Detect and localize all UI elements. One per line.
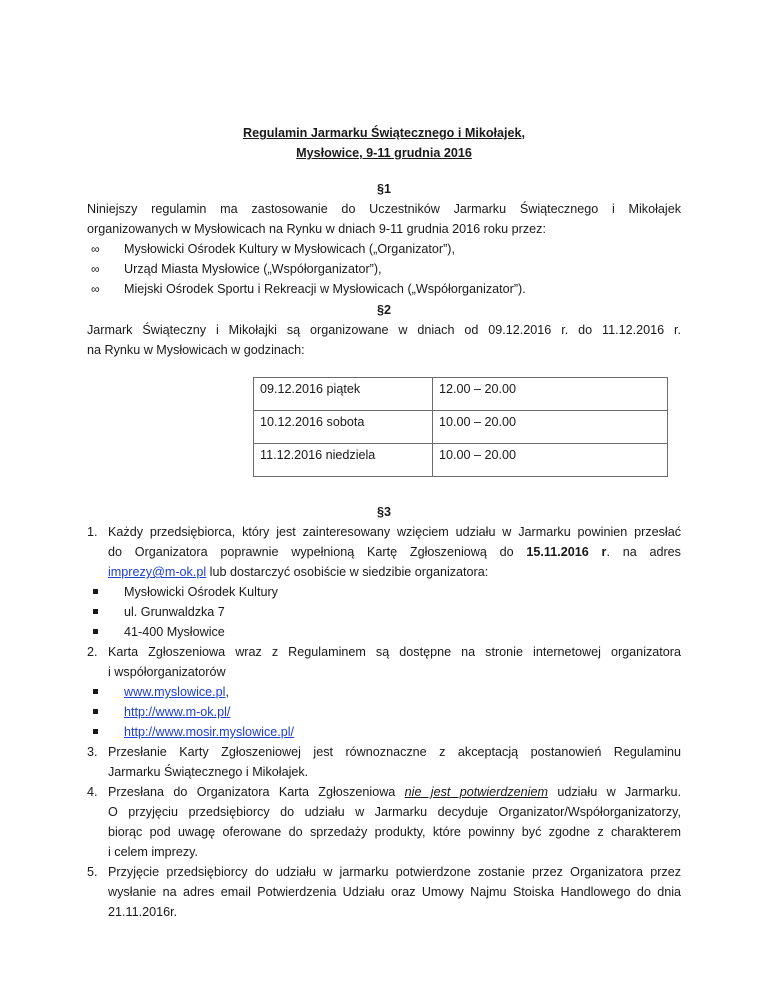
emphasis-text: nie jest potwierdzeniem xyxy=(405,785,548,799)
website-link-mosir[interactable]: http://www.mosir.myslowice.pl/ xyxy=(124,725,294,739)
address-item: 41-400 Mysłowice xyxy=(87,622,681,642)
section-1-intro-line-1: Niniejszy regulamin ma zastosowanie do U… xyxy=(87,199,681,219)
section-2-text: Jarmark Świąteczny i Mikołajki są organi… xyxy=(87,320,681,360)
section-3-mark: §3 xyxy=(0,505,768,519)
schedule-table: 09.12.2016 piątek 12.00 – 20.00 10.12.20… xyxy=(253,377,668,477)
schedule-hours: 12.00 – 20.00 xyxy=(433,378,668,411)
square-bullet-icon xyxy=(93,589,98,594)
section-1-mark: §1 xyxy=(0,182,768,196)
schedule-day: 09.12.2016 piątek xyxy=(254,378,433,411)
section-2-line-1: Jarmark Świąteczny i Mikołajki są organi… xyxy=(87,320,681,340)
section-2-line-2: na Rynku w Mysłowicach w godzinach: xyxy=(87,340,681,360)
infinity-bullet-icon: ∞ xyxy=(91,279,100,299)
square-bullet-icon xyxy=(93,629,98,634)
organizer-item: ∞ Miejski Ośrodek Sportu i Rekreacji w M… xyxy=(87,279,687,299)
section-3-list: 1. Każdy przedsiębiorca, który jest zain… xyxy=(87,522,681,922)
organizers-list: ∞ Mysłowicki Ośrodek Kultury w Mysłowica… xyxy=(87,239,687,299)
address-item: Mysłowicki Ośrodek Kultury xyxy=(87,582,681,602)
website-item: http://www.mosir.myslowice.pl/ xyxy=(87,722,681,742)
schedule-day: 11.12.2016 niedziela xyxy=(254,444,433,477)
website-link-myslowice[interactable]: www.myslowice.pl xyxy=(124,685,225,699)
title-line-1: Regulamin Jarmarku Świątecznego i Mikoła… xyxy=(243,126,525,140)
schedule-day: 10.12.2016 sobota xyxy=(254,411,433,444)
document-title: Regulamin Jarmarku Świątecznego i Mikoła… xyxy=(0,123,768,163)
website-item: www.myslowice.pl, xyxy=(87,682,681,702)
schedule-hours: 10.00 – 20.00 xyxy=(433,444,668,477)
list-item-3: 3. Przesłanie Karty Zgłoszeniowej jest r… xyxy=(87,742,681,782)
square-bullet-icon xyxy=(93,709,98,714)
list-item-4: 4. Przesłana do Organizatora Karta Zgłos… xyxy=(87,782,681,862)
table-row: 09.12.2016 piątek 12.00 – 20.00 xyxy=(254,378,668,411)
list-item-2: 2. Karta Zgłoszeniowa wraz z Regulaminem… xyxy=(87,642,681,682)
square-bullet-icon xyxy=(93,689,98,694)
organizer-item: ∞ Mysłowicki Ośrodek Kultury w Mysłowica… xyxy=(87,239,687,259)
website-link-mok[interactable]: http://www.m-ok.pl/ xyxy=(124,705,230,719)
table-row: 10.12.2016 sobota 10.00 – 20.00 xyxy=(254,411,668,444)
organizer-item: ∞ Urząd Miasta Mysłowice („Współorganiza… xyxy=(87,259,687,279)
title-line-2: Mysłowice, 9-11 grudnia 2016 xyxy=(296,146,472,160)
square-bullet-icon xyxy=(93,609,98,614)
square-bullet-icon xyxy=(93,729,98,734)
section-1-intro-line-2: organizowanych w Mysłowicach na Rynku w … xyxy=(87,219,681,239)
table-row: 11.12.2016 niedziela 10.00 – 20.00 xyxy=(254,444,668,477)
infinity-bullet-icon: ∞ xyxy=(91,259,100,279)
list-item-5: 5. Przyjęcie przedsiębiorcy do udziału w… xyxy=(87,862,681,922)
schedule-hours: 10.00 – 20.00 xyxy=(433,411,668,444)
document-page: Regulamin Jarmarku Świątecznego i Mikoła… xyxy=(0,0,768,994)
website-item: http://www.m-ok.pl/ xyxy=(87,702,681,722)
infinity-bullet-icon: ∞ xyxy=(91,239,100,259)
list-item-1: 1. Każdy przedsiębiorca, który jest zain… xyxy=(87,522,681,582)
email-link[interactable]: imprezy@m-ok.pl xyxy=(108,565,206,579)
address-item: ul. Grunwaldzka 7 xyxy=(87,602,681,622)
section-1-intro: Niniejszy regulamin ma zastosowanie do U… xyxy=(87,199,681,239)
deadline-date: 15.11.2016 r xyxy=(526,545,606,559)
section-2-mark: §2 xyxy=(0,303,768,317)
